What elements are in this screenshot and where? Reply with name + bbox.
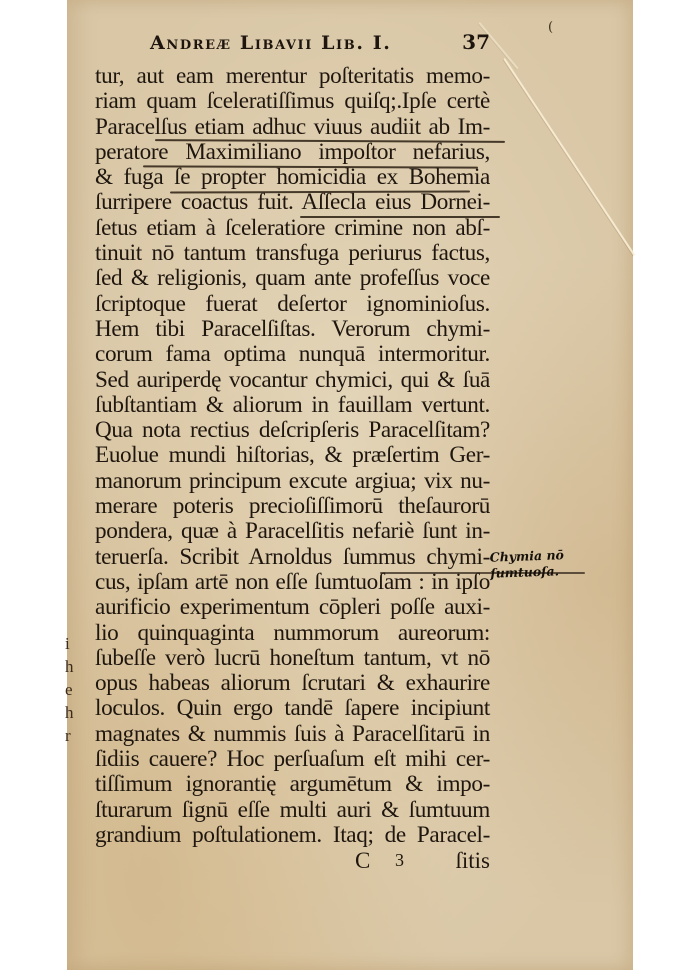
fragment: e: [65, 678, 79, 701]
text-line: ſidiis cauere? Hoc perſuaſum eſt mihi ce…: [95, 747, 490, 772]
text-line: grandium poſtulationem. Itaq; de Paracel…: [95, 823, 490, 848]
text-line: Euolue mundi hiſtorias, & præſertim Ger-: [95, 443, 490, 468]
text-line: peratore Maximiliano impoſtor nefarius,: [95, 140, 490, 165]
text-line: ſubſtantiam & aliorum in fauillam vertun…: [95, 393, 490, 418]
handwritten-underline: [300, 216, 500, 218]
text-line: ſcriptoque fuerat deſertor ignominioſus.: [95, 292, 490, 317]
paper-fold-line: [503, 58, 635, 256]
text-line: loculos. Quin ergo tandē ſapere incipiun…: [95, 696, 490, 721]
text-line: teruerſa. Scribit Arnoldus ſummus chymi-: [95, 545, 490, 570]
text-line: cus, ipſam artē non eſſe ſumtuoſam : in …: [95, 570, 490, 595]
handwritten-marginal-note: Chymia nō ſumtuoſa.: [489, 546, 590, 581]
margin-mark: (: [548, 20, 553, 35]
page-number: 37: [462, 30, 490, 54]
text-line: aurificio experimentum cōpleri poſſe aux…: [95, 595, 490, 620]
text-line: ſed & religionis, quam ante profeſſus vo…: [95, 266, 490, 291]
text-line: merare poteris precioſiſſimorū theſauror…: [95, 494, 490, 519]
text-line: ſurripere coactus fuit. Aſſecla eius Dor…: [95, 190, 490, 215]
signature-mark: C: [355, 848, 370, 874]
text-line: Paracelſus etiam adhuc viuus audiit ab I…: [95, 115, 490, 140]
text-line: ſetus etiam à ſceleratiore crimine non a…: [95, 216, 490, 241]
catchword: ſitis: [455, 848, 490, 874]
text-line: manorum principum excute argiua; vix nu-: [95, 469, 490, 494]
fragment: h: [65, 701, 79, 724]
fragment: r: [65, 724, 79, 747]
page-footer-catchline: C 3 ſitis: [95, 848, 490, 876]
text-line: lio quinquaginta nummorum aureorum:: [95, 621, 490, 646]
text-line: tinuit nō tantum transfuga periurus fact…: [95, 241, 490, 266]
running-head-title: Andreæ Libavii Lib. I.: [150, 32, 391, 54]
fragment: i: [65, 632, 79, 655]
running-header: Andreæ Libavii Lib. I. 37: [150, 30, 490, 60]
text-line: magnates & nummis ſuis à Paracelſitarū i…: [95, 722, 490, 747]
text-line: opus habeas aliorum ſcrutari & exhaurire: [95, 671, 490, 696]
text-line: ſubeſſe verò lucrū honeſtum tantum, vt n…: [95, 646, 490, 671]
text-line: Hem tibi Paracelſiſtas. Verorum chymi-: [95, 317, 490, 342]
text-line: tiſſimum ignorantię argumētum & impo-: [95, 772, 490, 797]
text-line: riam quam ſceleratiſſimus quiſq;.Ipſe ce…: [95, 89, 490, 114]
fragment: h: [65, 655, 79, 678]
text-line: ſturarum ſignū eſſe multi auri & ſumtuum: [95, 798, 490, 823]
text-line: pondera, quæ à Paracelſitis nefariè ſunt…: [95, 519, 490, 544]
main-text-block: tur, aut eam merentur poſteritatis memo-…: [95, 64, 490, 848]
signature-number: 3: [395, 850, 404, 871]
text-line: corum fama optima nunquā intermoritur.: [95, 342, 490, 367]
text-line: Sed auriperdę vocantur chymici, qui & ſu…: [95, 368, 490, 393]
text-line: & fuga ſe propter homicidia ex Bohemia: [95, 165, 490, 190]
left-margin-bleed-text: i h e h r: [65, 632, 79, 747]
text-line: tur, aut eam merentur poſteritatis memo-: [95, 64, 490, 89]
text-line: Qua nota rectius deſcripſeris Paracelſit…: [95, 418, 490, 443]
